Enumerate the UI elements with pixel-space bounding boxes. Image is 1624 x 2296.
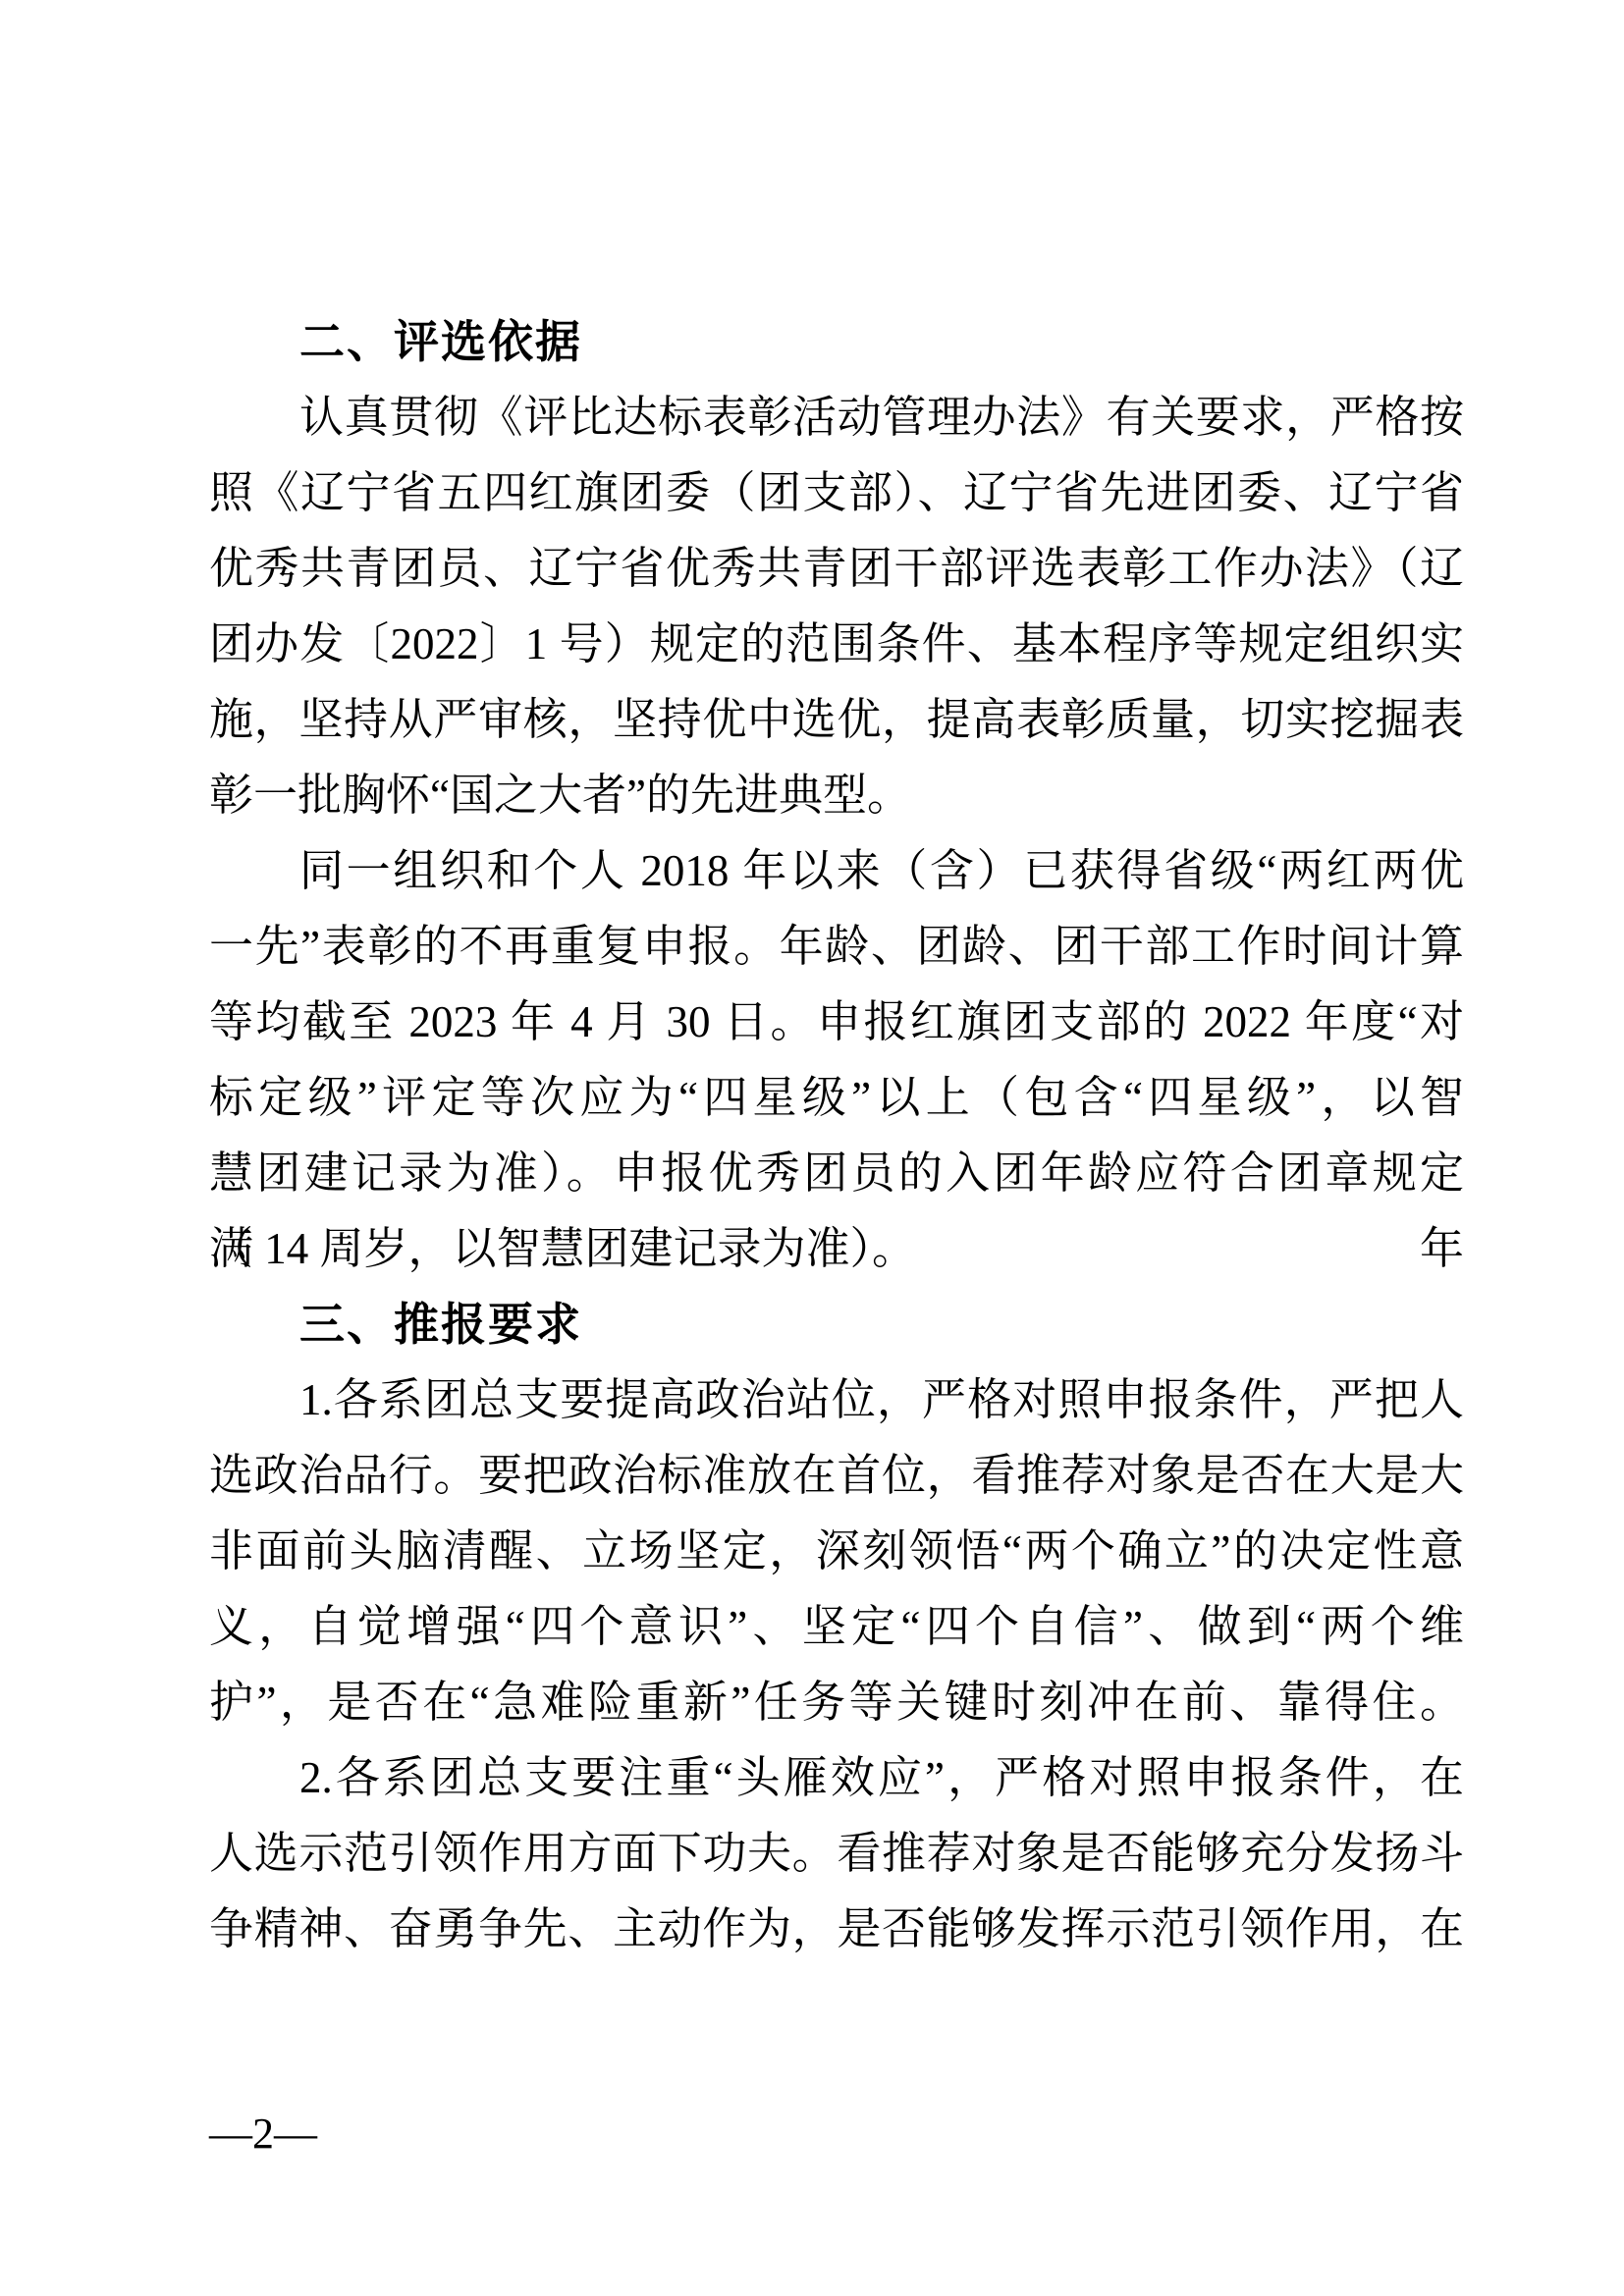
body-text-line: 认真贯彻《评比达标表彰活动管理办法》有关要求，严格按 <box>209 380 1464 455</box>
body-text-line: 非面前头脑清醒、立场坚定，深刻领悟“两个确立”的决定性意 <box>209 1514 1464 1589</box>
section-heading: 二、评选依据 <box>209 304 1464 380</box>
page-number: —2— <box>209 2104 317 2164</box>
body-text-line: 选政治品行。要把政治标准放在首位，看推荐对象是否在大是大 <box>209 1438 1464 1514</box>
body-text-line: 慧团建记录为准）。申报优秀团员的入团年龄应符合团章规定（年 <box>209 1136 1464 1211</box>
body-text-line: 优秀共青团员、辽宁省优秀共青团干部评选表彰工作办法》（辽 <box>209 531 1464 607</box>
body-text-line: 彰一批胸怀“国之大者”的先进典型。 <box>209 758 1464 833</box>
section-heading: 三、推报要求 <box>209 1287 1464 1362</box>
document-page: 二、评选依据认真贯彻《评比达标表彰活动管理办法》有关要求，严格按照《辽宁省五四红… <box>0 0 1624 2296</box>
body-text-line: 一先”表彰的不再重复申报。年龄、团龄、团干部工作时间计算 <box>209 909 1464 985</box>
body-text-line: 等均截至 2023 年 4 月 30 日。申报红旗团支部的 2022 年度“对 <box>209 985 1464 1060</box>
body-text-line: 标定级”评定等次应为“四星级”以上（包含“四星级”，以智 <box>209 1060 1464 1136</box>
body-text-line: 人选示范引领作用方面下功夫。看推荐对象是否能够充分发扬斗 <box>209 1816 1464 1892</box>
body-text-line: 1.各系团总支要提高政治站位，严格对照申报条件，严把人 <box>209 1362 1464 1438</box>
body-text-line: 团办发〔2022〕1 号）规定的范围条件、基本程序等规定组织实 <box>209 607 1464 682</box>
body-text-line: 争精神、奋勇争先、主动作为，是否能够发挥示范引领作用，在 <box>209 1892 1464 1967</box>
body-text-line: 施，坚持从严审核，坚持优中选优，提高表彰质量，切实挖掘表 <box>209 682 1464 758</box>
body-text-line: 同一组织和个人 2018 年以来（含）已获得省级“两红两优 <box>209 833 1464 909</box>
document-body: 二、评选依据认真贯彻《评比达标表彰活动管理办法》有关要求，严格按照《辽宁省五四红… <box>209 304 1464 1967</box>
body-text-line: 护”，是否在“急难险重新”任务等关键时刻冲在前、靠得住。 <box>209 1665 1464 1740</box>
body-text-line: 义，自觉增强“四个意识”、坚定“四个自信”、做到“两个维 <box>209 1589 1464 1665</box>
body-text-line: 2.各系团总支要注重“头雁效应”，严格对照申报条件，在 <box>209 1740 1464 1816</box>
body-text-line: 照《辽宁省五四红旗团委（团支部）、辽宁省先进团委、辽宁省 <box>209 455 1464 531</box>
